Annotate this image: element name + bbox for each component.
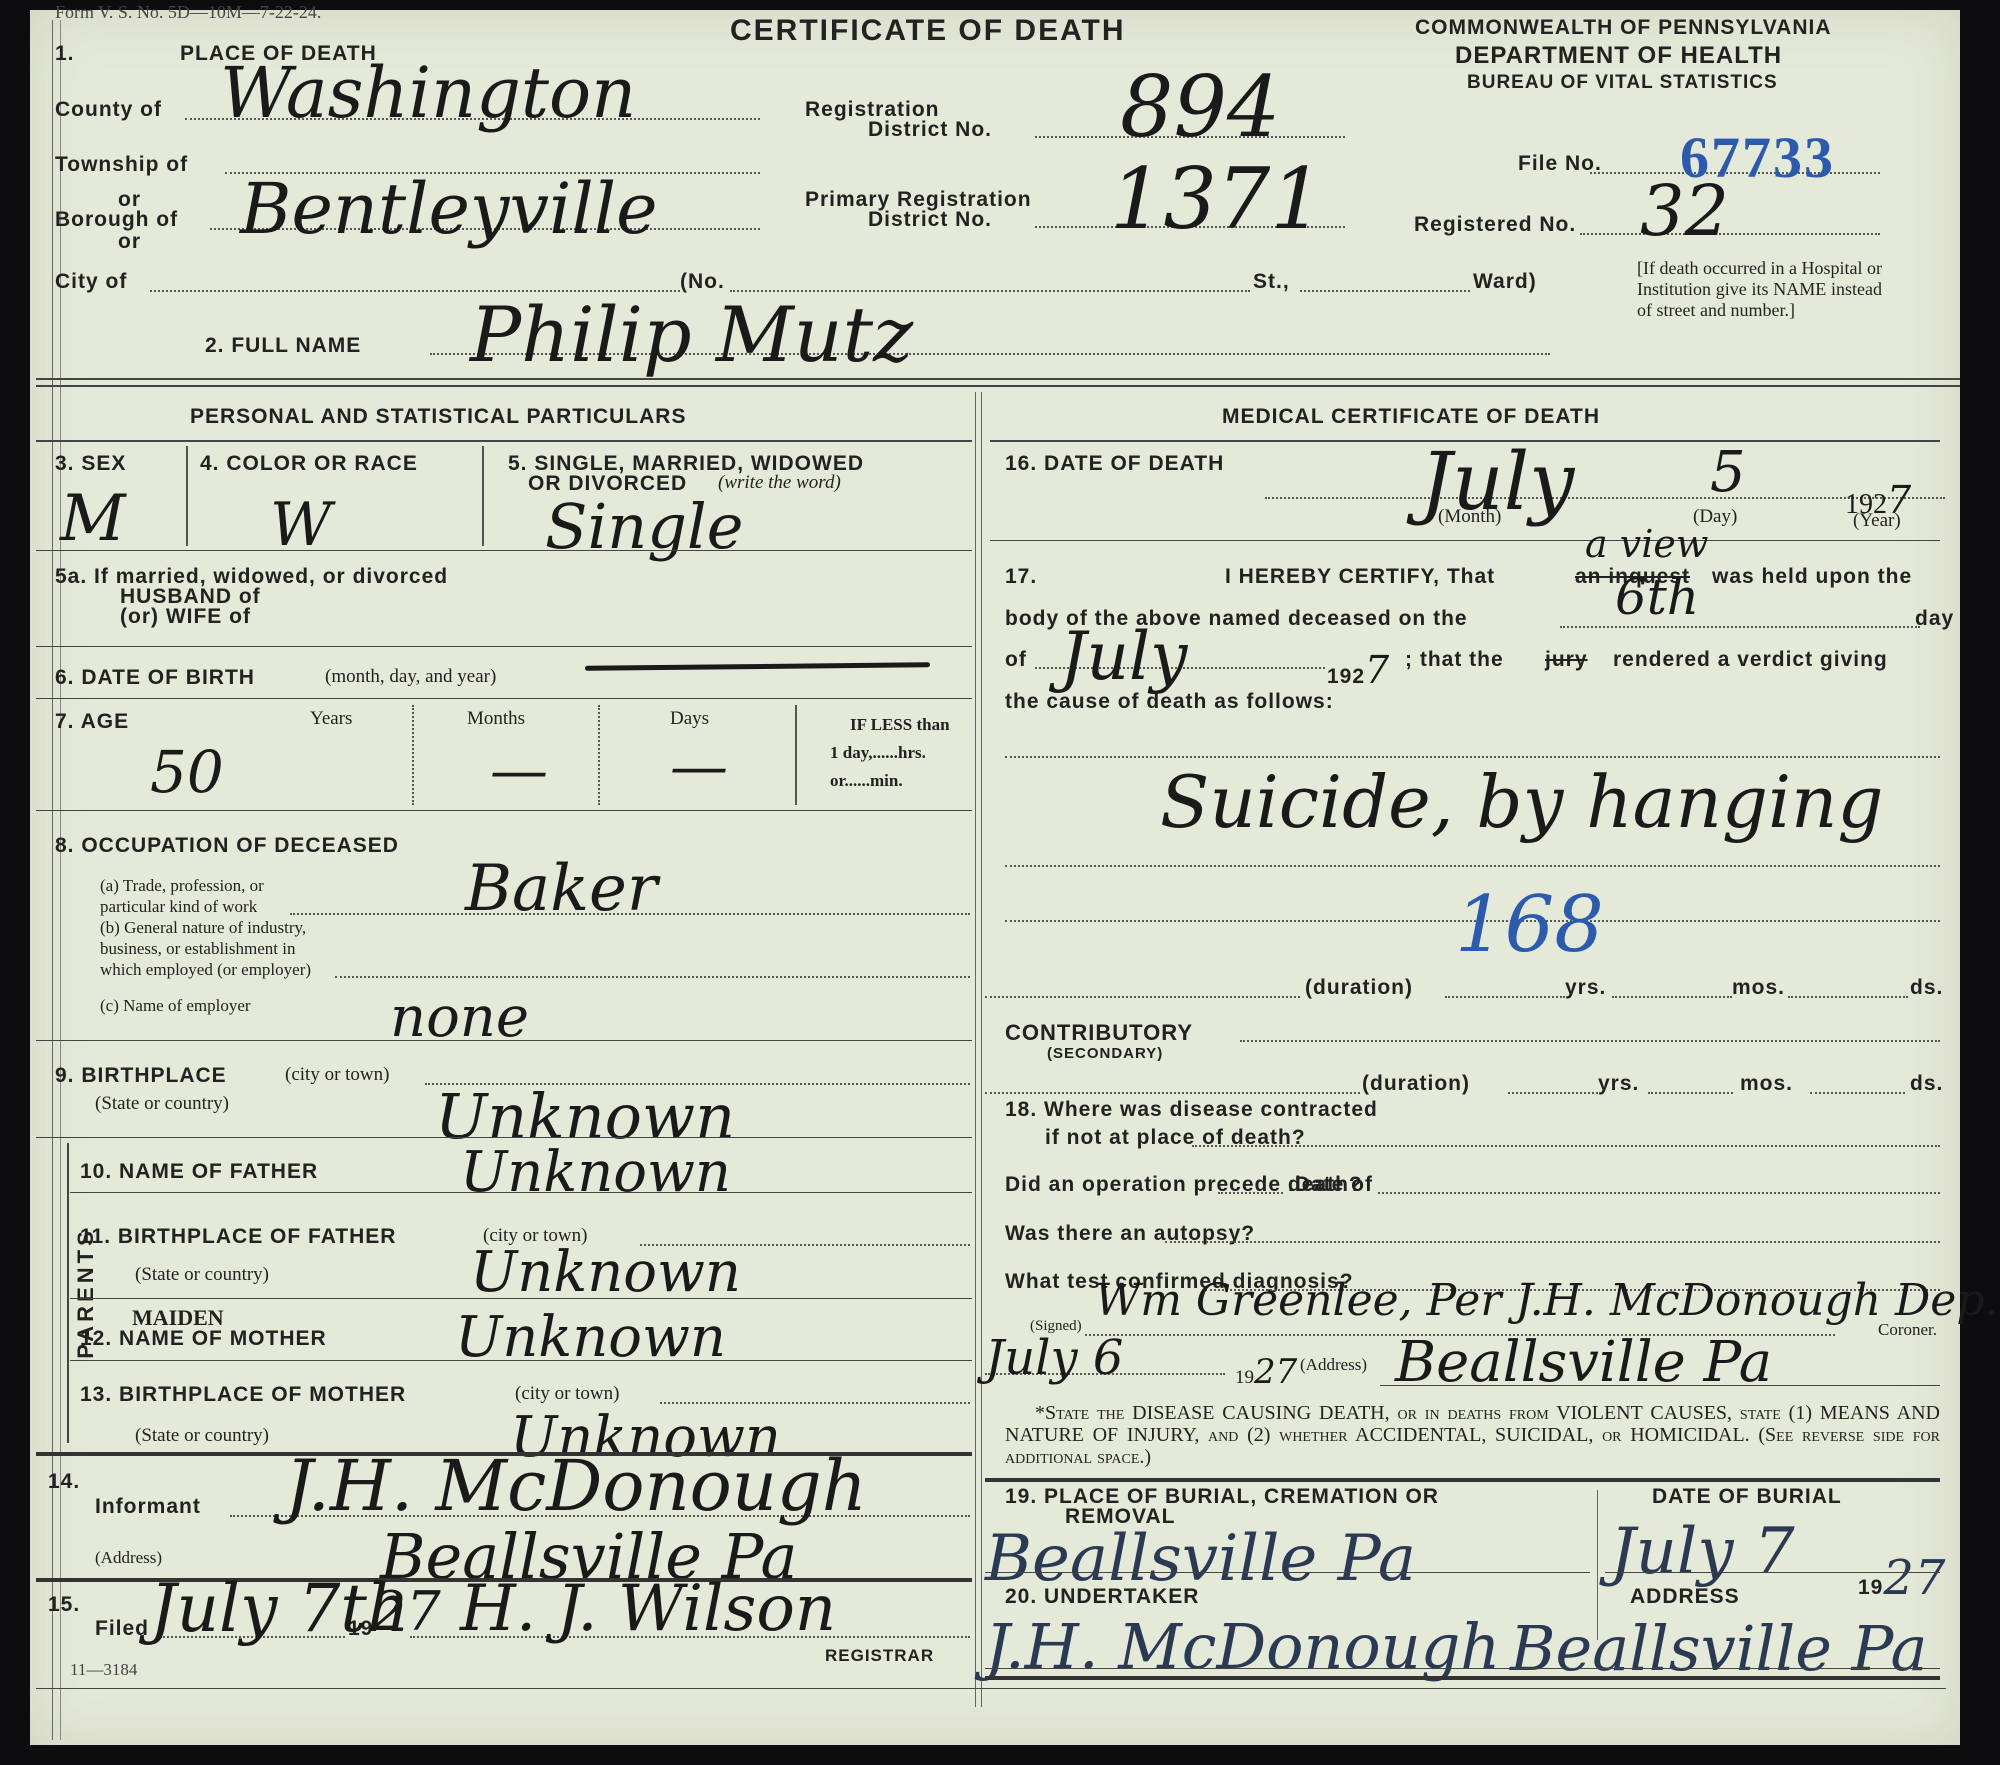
registration-district-value: 894 xyxy=(1120,58,1280,156)
row-rule-6 xyxy=(36,698,972,699)
mother-birthplace-hint: (city or town) xyxy=(515,1383,619,1405)
certify-inserted-view: a view xyxy=(1585,522,1708,566)
duration-secondary-label: (duration) xyxy=(1362,1072,1470,1096)
contributory-label: CONTRIBUTORY xyxy=(1005,1020,1193,1046)
filed-date-value: July 7th xyxy=(150,1570,409,1647)
dob-label: 6. DATE OF BIRTH xyxy=(55,666,255,690)
signed-year-prefix: 19 xyxy=(1235,1367,1254,1388)
duration-primary-yrs: yrs. xyxy=(1565,976,1606,1000)
father-name-label: 10. NAME OF FATHER xyxy=(80,1160,318,1184)
occupation-b-label-1: (b) General nature of industry, xyxy=(100,918,306,938)
agency-bureau: BUREAU OF VITAL STATISTICS xyxy=(1467,72,1778,94)
registered-number-line xyxy=(1580,233,1880,235)
duration-secondary-line xyxy=(985,1092,1360,1094)
sex-value: M xyxy=(60,482,126,556)
duration-primary-mos-line xyxy=(1612,996,1732,998)
registrar-signature: H. J. Wilson xyxy=(460,1572,836,1646)
age-label: 7. AGE xyxy=(55,710,129,734)
registrar-label: REGISTRAR xyxy=(825,1646,934,1666)
age-months-value: — xyxy=(490,736,548,804)
signed-year-suffix: 27 xyxy=(1254,1352,1297,1392)
informant-label: Informant xyxy=(95,1495,201,1519)
mother-state-label: (State or country) xyxy=(135,1425,269,1447)
certificate-section-number: 17. xyxy=(1005,565,1037,589)
occupation-a-label-2: particular kind of work xyxy=(100,897,257,917)
race-label: 4. COLOR OR RACE xyxy=(200,452,418,476)
duration-primary-ds: ds. xyxy=(1910,976,1943,1000)
certify-day-line xyxy=(1560,626,1920,628)
row-rule-8 xyxy=(36,1040,972,1041)
occupation-a-value: Baker xyxy=(465,852,657,926)
or-label-2: or xyxy=(118,230,141,254)
cause-line-2 xyxy=(1005,865,1940,867)
month-caption: (Month) xyxy=(1438,506,1501,528)
filed-year-value: 27 xyxy=(372,1580,441,1643)
father-birthplace-label: 11. BIRTHPLACE OF FATHER xyxy=(80,1225,396,1249)
form-number: Form V. S. No. 5D—10M—7-22-24. xyxy=(55,2,321,23)
personal-heading: PERSONAL AND STATISTICAL PARTICULARS xyxy=(190,405,686,429)
certify-text-7: rendered a verdict giving xyxy=(1613,648,1888,672)
operation-date-label: .Date of xyxy=(1288,1173,1373,1197)
burial-place-line xyxy=(985,1572,1590,1573)
secondary-label: (SECONDARY) xyxy=(1047,1045,1163,1062)
race-marital-divider xyxy=(482,446,484,546)
agency-department: DEPARTMENT OF HEALTH xyxy=(1455,42,1782,70)
year-caption: (Year) xyxy=(1853,510,1901,532)
primary-registration-value: 1371 xyxy=(1110,150,1324,248)
street-label: St., xyxy=(1253,270,1290,294)
birthplace-hint: (city or town) xyxy=(285,1064,389,1086)
date-of-death-line xyxy=(1265,497,1945,499)
row-rule-12 xyxy=(70,1360,972,1361)
signed-year: 1927 xyxy=(1235,1352,1297,1392)
parents-divider xyxy=(67,1143,69,1443)
duration-secondary-mos-line xyxy=(1648,1092,1733,1094)
sex-label: 3. SEX xyxy=(55,452,126,476)
age-days-label: Days xyxy=(670,708,709,730)
informant-section-number: 14. xyxy=(48,1470,80,1494)
occupation-b-line xyxy=(335,976,970,978)
row-rule-9 xyxy=(36,1137,972,1138)
mother-birthplace-line xyxy=(660,1402,970,1404)
informant-value: J.H. McDonough xyxy=(285,1445,867,1527)
certify-text-4: day xyxy=(1915,607,1954,631)
row-rule-10 xyxy=(70,1192,972,1193)
row-rule-7 xyxy=(36,810,972,811)
less-than-label-2: 1 day,......hrs. xyxy=(830,743,926,763)
duration-secondary-yrs-line xyxy=(1508,1092,1598,1094)
cause-code-value: 168 xyxy=(1455,880,1604,970)
registered-number-label: Registered No. xyxy=(1414,213,1576,237)
burial-date-line xyxy=(1605,1572,1940,1573)
age-days-value: — xyxy=(670,732,728,800)
bottom-rule xyxy=(36,1688,1946,1689)
certify-month-value: July xyxy=(1060,618,1187,695)
full-name-value: Philip Mutz xyxy=(470,290,913,379)
duration-primary-line xyxy=(985,996,1300,998)
undertaker-address-value: Beallsville Pa xyxy=(1510,1612,1928,1685)
full-name-label: 2. FULL NAME xyxy=(205,334,361,358)
duration-secondary-mos: mos. xyxy=(1740,1072,1793,1096)
coroner-label: Coroner. xyxy=(1878,1320,1937,1340)
cause-instructions-note: *State the DISEASE CAUSING DEATH, or in … xyxy=(1005,1402,1940,1468)
father-name-value: Unknown xyxy=(460,1140,731,1205)
date-of-death-label: 16. DATE OF DEATH xyxy=(1005,452,1224,476)
primary-registration-label-2: District No. xyxy=(868,208,992,232)
duration-primary-yrs-line xyxy=(1445,996,1565,998)
q18-line xyxy=(1192,1145,1940,1147)
less-than-label-3: or......min. xyxy=(830,771,903,791)
spouse-label-3: (or) WIFE of xyxy=(120,605,251,629)
less-than-label-1: IF LESS than xyxy=(850,715,950,735)
occupation-a-label-1: (a) Trade, profession, or xyxy=(100,876,264,896)
row-rule-3-5 xyxy=(36,550,972,551)
borough-label: Borough of xyxy=(55,208,178,232)
medical-bottom-rule xyxy=(985,1478,1940,1482)
certify-year-prefix: 192 xyxy=(1327,665,1365,688)
burial-date-label: DATE OF BURIAL xyxy=(1652,1485,1842,1509)
marital-value: Single xyxy=(545,490,743,563)
mother-name-label: 12. NAME OF MOTHER xyxy=(80,1327,327,1351)
city-label: City of xyxy=(55,270,127,294)
filed-section-number: 15. xyxy=(48,1593,80,1617)
footer-code: 11—3184 xyxy=(70,1660,137,1680)
operation-date-line xyxy=(1378,1192,1940,1194)
certify-text-6: ; that the xyxy=(1405,648,1504,672)
duration-secondary-yrs: yrs. xyxy=(1598,1072,1639,1096)
occupation-label: 8. OCCUPATION OF DECEASED xyxy=(55,834,399,858)
father-birthplace-value: Unknown xyxy=(470,1240,741,1305)
header-rule-2 xyxy=(36,385,1960,387)
burial-year-prefix: 19 xyxy=(1858,1576,1883,1599)
duration-secondary-ds-line xyxy=(1810,1092,1905,1094)
registered-number-value: 32 xyxy=(1640,170,1729,252)
age-years-value: 50 xyxy=(150,738,224,806)
age-months-label: Months xyxy=(467,708,525,730)
birthplace-state-label: (State or country) xyxy=(95,1093,229,1115)
certify-text-8: the cause of death as follows: xyxy=(1005,690,1334,714)
undertaker-line xyxy=(985,1668,1940,1669)
ward-label: Ward) xyxy=(1473,270,1537,294)
township-label: Township of xyxy=(55,153,188,177)
county-label: County of xyxy=(55,98,162,122)
age-days-divider xyxy=(795,705,797,805)
coroner-address-line xyxy=(1380,1385,1940,1386)
signed-date-value: July 6 xyxy=(985,1330,1123,1386)
age-years-divider xyxy=(412,705,414,805)
duration-secondary-ds: ds. xyxy=(1910,1072,1943,1096)
duration-primary-ds-line xyxy=(1788,996,1908,998)
cause-of-death-value: Suicide, by hanging xyxy=(1160,760,1883,844)
certify-text-5: of xyxy=(1005,648,1027,672)
date-of-death-rule xyxy=(990,540,1940,541)
certificate-title: CERTIFICATE OF DEATH xyxy=(730,14,1126,48)
center-divider-right xyxy=(981,392,982,1707)
agency-commonwealth: COMMONWEALTH OF PENNSYLVANIA xyxy=(1415,16,1831,40)
ward-line xyxy=(1300,290,1470,292)
personal-heading-rule xyxy=(36,440,972,442)
occupation-b-label-2: business, or establishment in xyxy=(100,939,295,959)
borough-value: Bentleyville xyxy=(240,168,658,250)
autopsy-line xyxy=(1165,1241,1940,1243)
certify-year-suffix: 7 xyxy=(1365,648,1390,692)
mother-birthplace-label: 13. BIRTHPLACE OF MOTHER xyxy=(80,1383,406,1407)
medical-heading: MEDICAL CERTIFICATE OF DEATH xyxy=(1222,405,1600,429)
operation-line xyxy=(1218,1192,1283,1194)
header-rule-1 xyxy=(36,378,1960,380)
certify-day-value: 6th xyxy=(1615,568,1699,626)
row-rule-5a xyxy=(36,646,972,647)
burial-date-value: July 7 xyxy=(1610,1515,1795,1589)
certify-text-1: I HEREBY CERTIFY, That xyxy=(1225,565,1495,589)
occupation-c-label: (c) Name of employer xyxy=(100,996,251,1016)
undertaker-bottom-rule xyxy=(985,1676,1940,1680)
cause-line-1 xyxy=(1005,756,1940,758)
section-1-number: 1. xyxy=(55,42,75,66)
certify-struck-jury: jury xyxy=(1545,648,1588,672)
burial-year-suffix: 27 xyxy=(1883,1550,1946,1606)
coroner-address-label: (Address) xyxy=(1300,1355,1367,1375)
county-value: Washington xyxy=(220,52,636,134)
age-years-label: Years xyxy=(310,708,352,730)
duration-primary-label: (duration) xyxy=(1305,976,1413,1000)
dob-hint: (month, day, and year) xyxy=(325,666,496,688)
registration-district-label-2: District No. xyxy=(868,118,992,142)
q18-label-1: 18. Where was disease contracted xyxy=(1005,1098,1378,1122)
date-of-death-day: 5 xyxy=(1710,440,1746,505)
row-rule-11 xyxy=(70,1298,972,1299)
coroner-signature: Wm Greenlee, Per J.H. McDonough Dep. xyxy=(1095,1275,1998,1326)
hospital-note: [If death occurred in a Hospital or Inst… xyxy=(1637,258,1882,321)
undertaker-address-label: ADDRESS xyxy=(1630,1585,1740,1609)
contributory-line xyxy=(1240,1040,1940,1042)
sex-race-divider xyxy=(186,446,188,546)
duration-primary-mos: mos. xyxy=(1732,976,1785,1000)
undertaker-label: 20. UNDERTAKER xyxy=(1005,1585,1199,1609)
birthplace-label: 9. BIRTHPLACE xyxy=(55,1064,227,1088)
filed-label: Filed xyxy=(95,1617,149,1641)
burial-year: 1927 xyxy=(1858,1550,1946,1606)
age-months-divider xyxy=(598,705,600,805)
occupation-b-label-3: which employed (or employer) xyxy=(100,960,311,980)
father-state-label: (State or country) xyxy=(135,1264,269,1286)
center-divider-left xyxy=(975,392,976,1707)
undertaker-value: J.H. McDonough xyxy=(985,1610,1500,1683)
certify-text-2: was held upon the xyxy=(1712,565,1912,589)
informant-address-label: (Address) xyxy=(95,1548,162,1568)
certify-year: 1927 xyxy=(1327,648,1390,692)
